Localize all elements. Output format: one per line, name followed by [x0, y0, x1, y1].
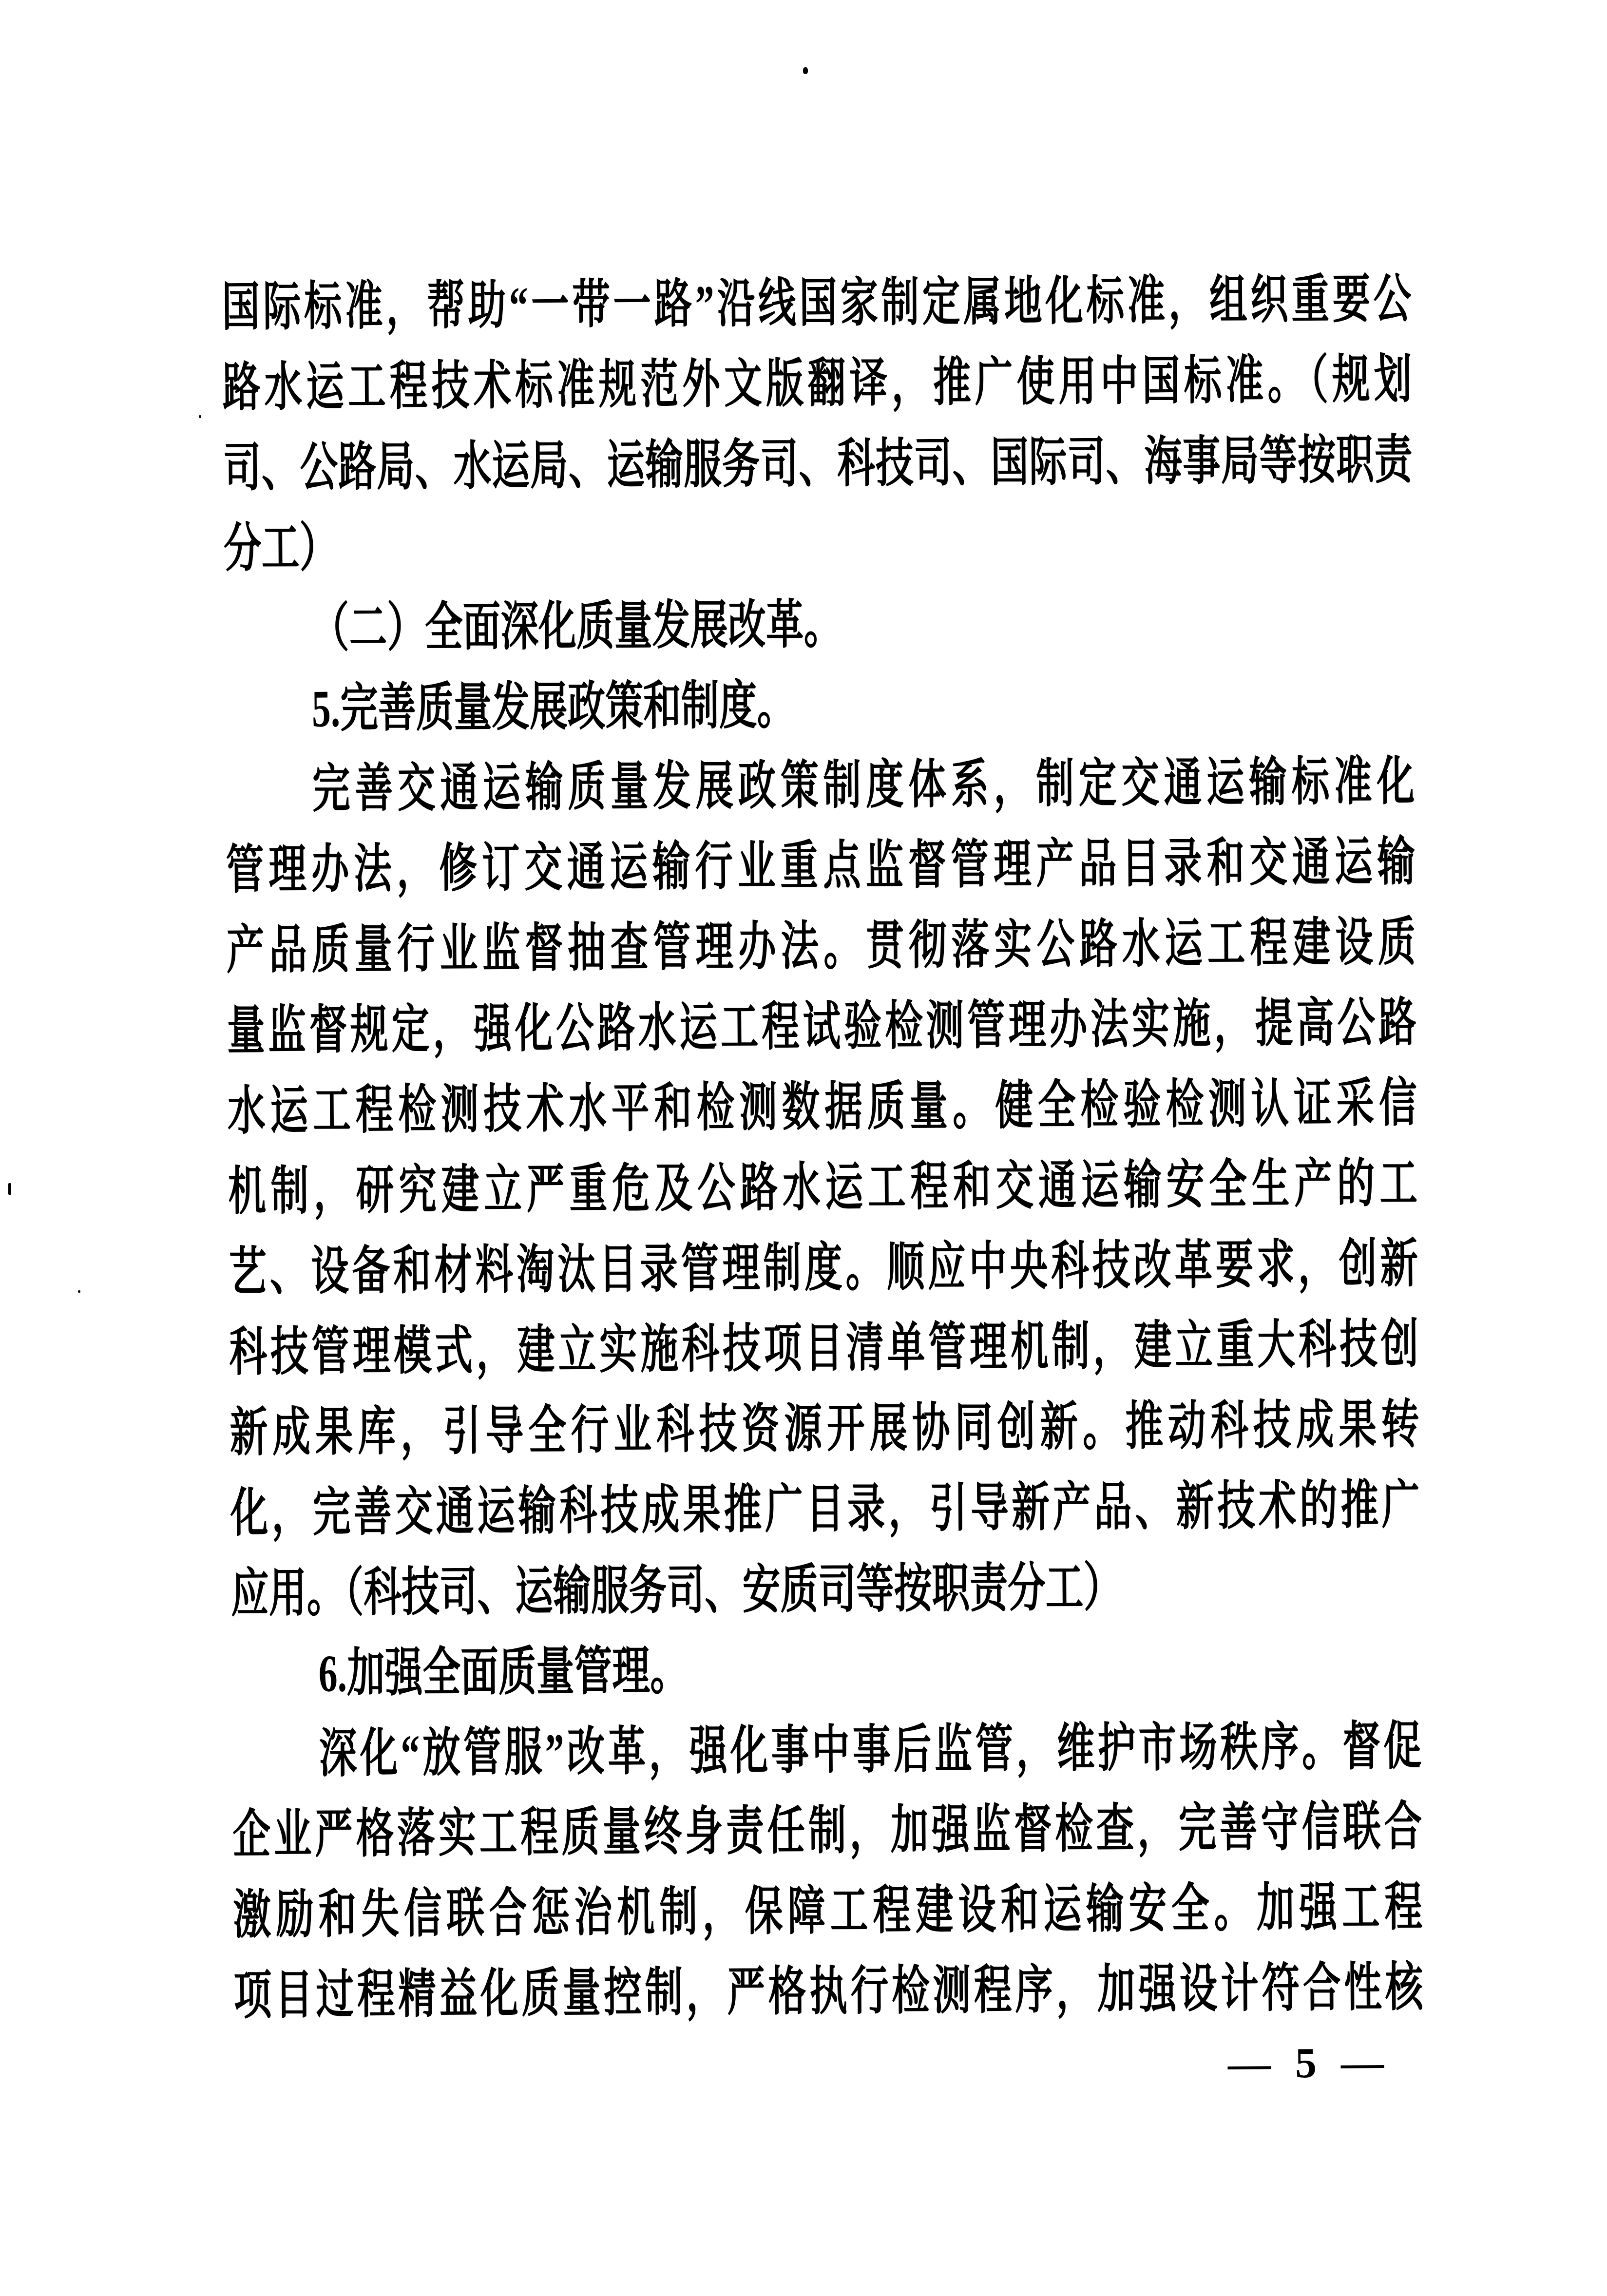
text-line: 司、公路局、水运局、运输服务司、科技司、国际司、海事局等按职责 — [223, 420, 1413, 509]
text-line: 激励和失信联合惩治机制，保障工程建设和运输安全。加强工程 — [233, 1867, 1423, 1956]
text-line: 企业严格落实工程质量终身责任制，加强监督检查，完善守信联合 — [232, 1787, 1422, 1875]
text-line: 水运工程检测技术水平和检测数据质量。健全检验检测认证采信 — [228, 1063, 1417, 1152]
scan-speck — [78, 1290, 80, 1293]
text-line: 产品质量行业监督抽查管理办法。贯彻落实公路水运工程建设质 — [226, 902, 1416, 991]
text-line: 路水运工程技术标准规范外文版翻译，推广使用中国标准。（规划 — [222, 340, 1412, 428]
scan-speck — [199, 415, 201, 418]
document-body-text: 国际标准，帮助“一带一路”沿线国家制定属地化标准，组织重要公路水运工程技术标准规… — [222, 259, 1423, 2036]
text-line: （二）全面深化质量发展改革。 — [224, 581, 1414, 670]
text-line: 项目过程精益化质量控制，严格执行检测程序，加强设计符合性核 — [233, 1948, 1423, 2036]
text-line: 分工） — [223, 500, 1413, 589]
text-line: 完善交通运输质量发展政策制度体系，制定交通运输标准化 — [225, 742, 1415, 830]
text-line: 科技管理模式，建立实施科技项目清单管理机制，建立重大科技创 — [229, 1304, 1419, 1393]
text-line: 6.加强全面质量管理。 — [231, 1626, 1421, 1715]
text-line: 新成果库，引导全行业科技资源开展协同创新。推动科技成果转 — [230, 1385, 1419, 1473]
scan-speck — [803, 67, 808, 74]
text-line: 机制，研究建立严重危及公路水运工程和交通运输安全生产的工 — [228, 1144, 1418, 1232]
text-line: 艺、设备和材料淘汰目录管理制度。顺应中央科技改革要求，创新 — [229, 1224, 1418, 1313]
text-line: 管理办法，修订交通运输行业重点监督管理产品目录和交通运输 — [226, 822, 1416, 911]
scanned-document-page: 国际标准，帮助“一带一路”沿线国家制定属地化标准，组织重要公路水运工程技术标准规… — [0, 0, 1607, 2296]
text-line: 量监督规定，强化公路水运工程试验检测管理办法实施，提高公路 — [227, 983, 1416, 1071]
text-line: 国际标准，帮助“一带一路”沿线国家制定属地化标准，组织重要公 — [222, 259, 1412, 348]
text-line: 深化“放管服”改革，强化事中事后监管，维护市场秩序。督促 — [232, 1706, 1422, 1795]
text-line: 5.完善质量发展政策和制度。 — [225, 661, 1415, 750]
page-number: — 5 — — [1228, 2036, 1384, 2091]
text-line: 化，完善交通运输科技成果推广目录，引导新产品、新技术的推广 — [230, 1465, 1420, 1554]
scan-speck — [8, 1183, 11, 1195]
text-line: 应用。（科技司、运输服务司、安质司等按职责分工） — [230, 1546, 1420, 1634]
